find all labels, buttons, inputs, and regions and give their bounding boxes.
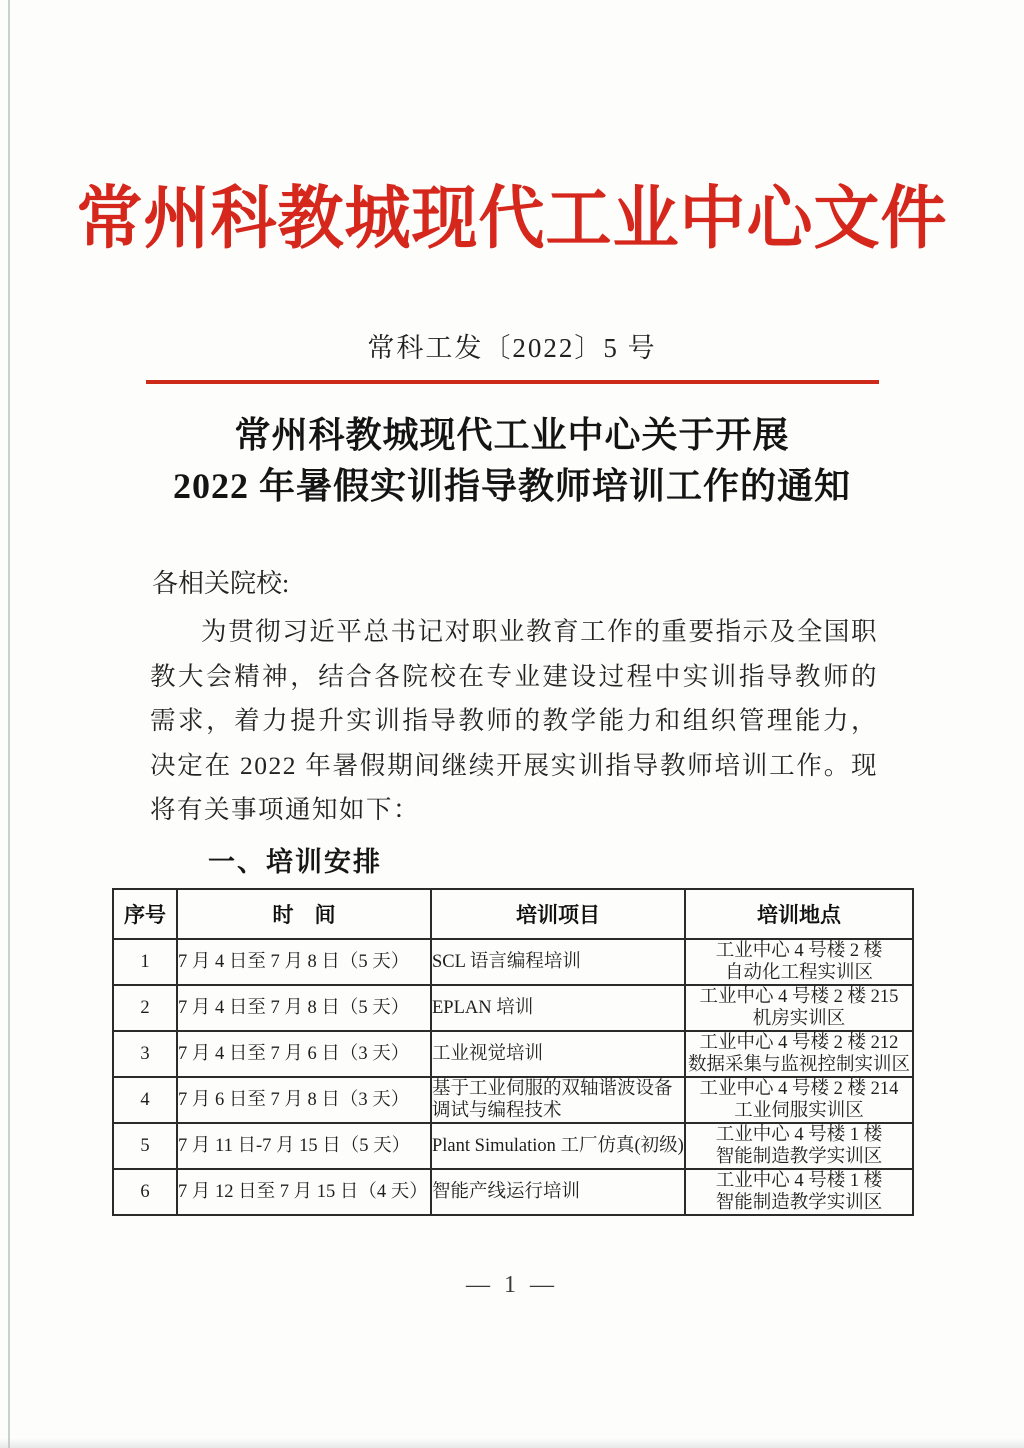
cell-location-line1: 工业中心 4 号楼 2 楼 214 <box>686 1078 912 1100</box>
cell-location-line2: 机房实训区 <box>686 1008 912 1030</box>
scan-artifact-bottom-edge <box>0 1438 1024 1448</box>
cell-location-line1: 工业中心 4 号楼 2 楼 212 <box>686 1032 912 1054</box>
training-schedule-table: 序号 时 间 培训项目 培训地点 1 7 月 4 日至 7 月 8 日（5 天）… <box>112 888 914 1216</box>
cell-location: 工业中心 4 号楼 1 楼 智能制造教学实训区 <box>685 1169 913 1215</box>
cell-location-line2: 智能制造教学实训区 <box>686 1146 912 1168</box>
table-row: 6 7 月 12 日至 7 月 15 日（4 天） 智能产线运行培训 工业中心 … <box>113 1169 913 1215</box>
column-header-no: 序号 <box>113 889 177 939</box>
cell-time: 7 月 11 日-7 月 15 日（5 天） <box>177 1123 431 1169</box>
document-title: 常州科教城现代工业中心关于开展 2022 年暑假实训指导教师培训工作的通知 <box>0 410 1024 512</box>
cell-project: EPLAN 培训 <box>431 985 685 1031</box>
cell-location: 工业中心 4 号楼 2 楼 214 工业伺服实训区 <box>685 1077 913 1123</box>
column-header-project: 培训项目 <box>431 889 685 939</box>
cell-location: 工业中心 4 号楼 2 楼 215 机房实训区 <box>685 985 913 1031</box>
document-title-line1: 常州科教城现代工业中心关于开展 <box>0 410 1024 461</box>
cell-location-line1: 工业中心 4 号楼 1 楼 <box>686 1170 912 1192</box>
cell-no: 6 <box>113 1169 177 1215</box>
cell-location: 工业中心 4 号楼 2 楼 自动化工程实训区 <box>685 939 913 985</box>
document-page: 常州科教城现代工业中心文件 常科工发〔2022〕5 号 常州科教城现代工业中心关… <box>0 0 1024 1448</box>
table-row: 2 7 月 4 日至 7 月 8 日（5 天） EPLAN 培训 工业中心 4 … <box>113 985 913 1031</box>
document-title-line2: 2022 年暑假实训指导教师培训工作的通知 <box>0 461 1024 512</box>
cell-project: 基于工业伺服的双轴谐波设备调试与编程技术 <box>431 1077 685 1123</box>
body-paragraph: 为贯彻习近平总书记对职业教育工作的重要指示及全国职教大会精神，结合各院校在专业建… <box>150 610 878 833</box>
cell-no: 2 <box>113 985 177 1031</box>
table-header-row: 序号 时 间 培训项目 培训地点 <box>113 889 913 939</box>
table-row: 1 7 月 4 日至 7 月 8 日（5 天） SCL 语言编程培训 工业中心 … <box>113 939 913 985</box>
cell-project: 智能产线运行培训 <box>431 1169 685 1215</box>
cell-location-line2: 智能制造教学实训区 <box>686 1192 912 1214</box>
section-heading-training-schedule: 一、培训安排 <box>208 843 1024 881</box>
cell-location-line2: 自动化工程实训区 <box>686 962 912 984</box>
cell-time: 7 月 12 日至 7 月 15 日（4 天） <box>177 1169 431 1215</box>
cell-no: 4 <box>113 1077 177 1123</box>
cell-project: 工业视觉培训 <box>431 1031 685 1077</box>
cell-location-line1: 工业中心 4 号楼 2 楼 215 <box>686 986 912 1008</box>
cell-time: 7 月 4 日至 7 月 6 日（3 天） <box>177 1031 431 1077</box>
cell-time: 7 月 6 日至 7 月 8 日（3 天） <box>177 1077 431 1123</box>
cell-no: 1 <box>113 939 177 985</box>
cell-project: SCL 语言编程培训 <box>431 939 685 985</box>
column-header-location: 培训地点 <box>685 889 913 939</box>
page-number: — 1 — <box>0 1272 1024 1299</box>
table-row: 3 7 月 4 日至 7 月 6 日（3 天） 工业视觉培训 工业中心 4 号楼… <box>113 1031 913 1077</box>
cell-location-line2: 数据采集与监视控制实训区 <box>686 1054 912 1076</box>
red-divider-rule <box>146 380 879 384</box>
cell-location: 工业中心 4 号楼 2 楼 212 数据采集与监视控制实训区 <box>685 1031 913 1077</box>
cell-no: 5 <box>113 1123 177 1169</box>
cell-location-line2: 工业伺服实训区 <box>686 1100 912 1122</box>
column-header-time: 时 间 <box>177 889 431 939</box>
cell-time: 7 月 4 日至 7 月 8 日（5 天） <box>177 939 431 985</box>
table-row: 4 7 月 6 日至 7 月 8 日（3 天） 基于工业伺服的双轴谐波设备调试与… <box>113 1077 913 1123</box>
letterhead-title: 常州科教城现代工业中心文件 <box>0 0 1024 275</box>
cell-time: 7 月 4 日至 7 月 8 日（5 天） <box>177 985 431 1031</box>
table-row: 5 7 月 11 日-7 月 15 日（5 天） Plant Simulatio… <box>113 1123 913 1169</box>
cell-location: 工业中心 4 号楼 1 楼 智能制造教学实训区 <box>685 1123 913 1169</box>
cell-no: 3 <box>113 1031 177 1077</box>
cell-project: Plant Simulation 工厂仿真(初级) <box>431 1123 685 1169</box>
salutation: 各相关院校: <box>152 566 1024 602</box>
document-number: 常科工发〔2022〕5 号 <box>0 330 1024 366</box>
cell-location-line1: 工业中心 4 号楼 1 楼 <box>686 1124 912 1146</box>
cell-location-line1: 工业中心 4 号楼 2 楼 <box>686 940 912 962</box>
